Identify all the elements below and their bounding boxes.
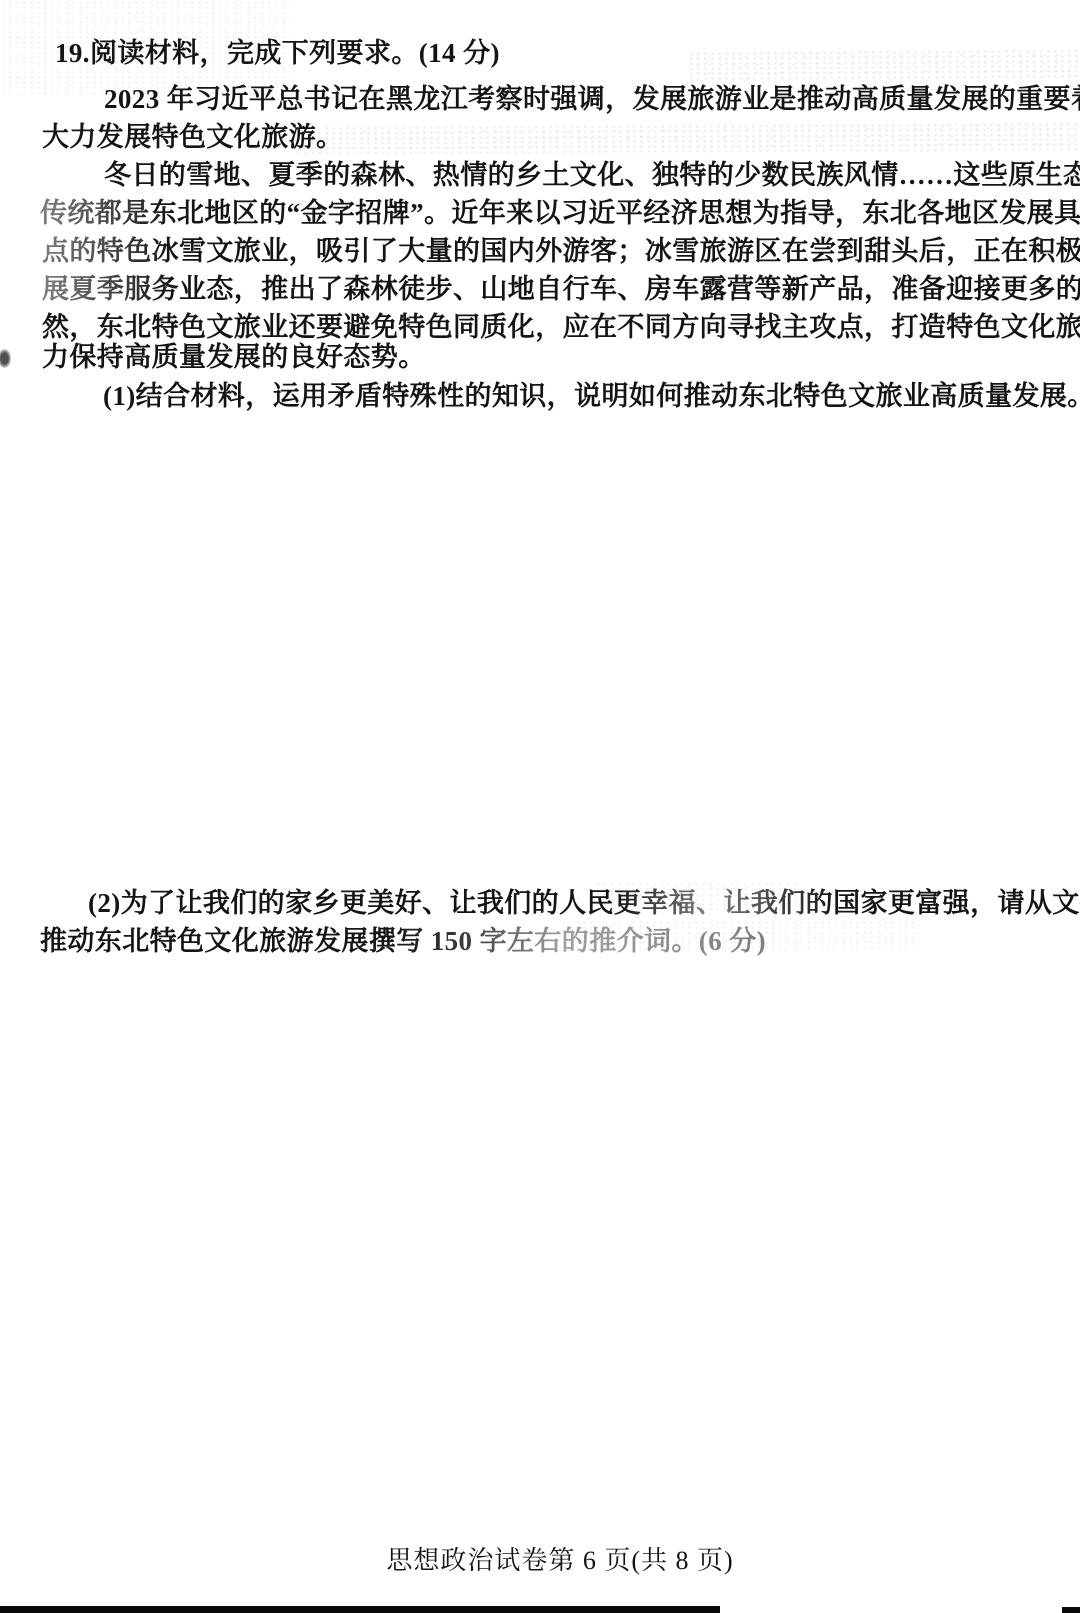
subquestion-2-line: (2)为了让我们的家乡更美好、让我们的人民更幸福、让我们的国家更富强，请从文化角… [88,888,1080,919]
subquestion-1: (1)结合材料，运用矛盾特殊性的知识，说明如何推动东北特色文旅业高质量发展。(8… [103,381,1080,412]
material-paragraph-line: 展夏季服务业态，推出了森林徒步、山地自行车、房车露营等新产品，准备迎接更多的四海… [42,274,1080,305]
scan-black-bar-bottom-right [1062,1607,1080,1613]
material-paragraph-line: 力保持高质量发展的良好态势。 [42,342,426,373]
scan-ink-blob-left-edge [0,349,11,368]
scan-black-bar-bottom [0,1606,720,1613]
scan-bleedthrough-band-upper [295,122,1080,154]
exam-page: 19.阅读材料，完成下列要求。(14 分) 2023 年习近平总书记在黑龙江考察… [0,0,1080,1613]
intro-paragraph-line: 2023 年习近平总书记在黑龙江考察时强调，发展旅游业是推动高质量发展的重要着力… [104,84,1080,115]
scan-bleedthrough-band-top [688,49,1080,82]
material-paragraph-line: 然，东北特色文旅业还要避免特色同质化，应在不同方向寻找主攻点，打造特色文化旅游新… [42,312,1080,343]
page-footer: 思想政治试卷第 6 页(共 8 页) [0,1540,1080,1577]
material-paragraph-line: 传统都是东北地区的“金字招牌”。近年来以习近平经济思想为指导，东北各地区发展具有… [40,198,1080,229]
subquestion-2-line: 推动东北特色文化旅游发展撰写 150 字左右的推介词。(6 分) [40,926,766,957]
question-19-heading: 19.阅读材料，完成下列要求。(14 分) [55,38,500,69]
material-paragraph-line: 冬日的雪地、夏季的森林、热情的乡土文化、独特的少数民族风情……这些原生态风貌和文… [104,160,1080,191]
material-paragraph-line: 点的特色冰雪文旅业，吸引了大量的国内外游客；冰雪旅游区在尝到甜头后，正在积极探索… [42,236,1080,267]
intro-paragraph-line: 大力发展特色文化旅游。 [42,122,343,153]
